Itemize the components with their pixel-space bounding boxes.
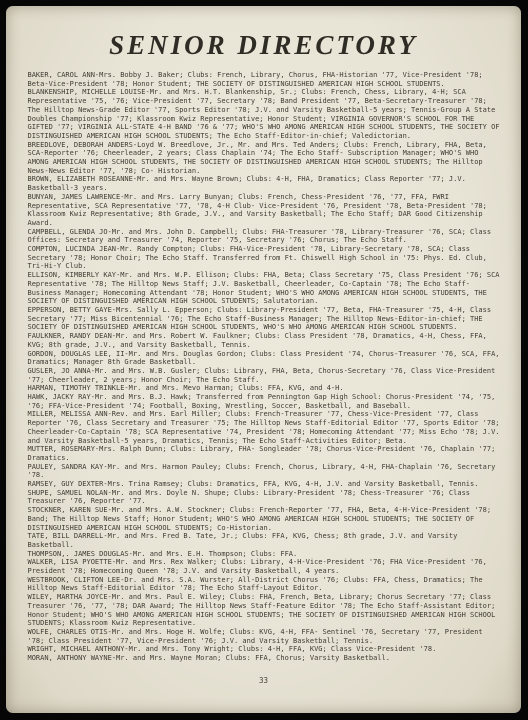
- directory-entry: GORDON, DOUGLAS LEE, II-Mr. and Mrs. Dou…: [28, 350, 500, 367]
- directory-entry: BUNYAN, JAMES LAWRENCE-Mr. and Mrs. Larr…: [28, 193, 500, 228]
- page-number: 33: [6, 676, 521, 685]
- directory-entry: FAULKNER, RANDY DEAN-Mr. and Mrs. Robert…: [28, 332, 500, 349]
- directory-entry: MILLER, MELISSA ANN-Rev. and Mrs. Earl M…: [28, 410, 500, 445]
- directory-entry: WRIGHT, MICHAEL ANTHONY-Mr. and Mrs. Ton…: [28, 645, 500, 654]
- directory-entry: SHUPE, SAMUEL NOLAN-Mr. and Mrs. Doyle N…: [28, 489, 500, 506]
- directory-entry: WALKER, LISA PYOETTE-Mr. and Mrs. Rex Wa…: [28, 558, 500, 575]
- directory-entry: CAMPBELL, GLENDA JO-Mr. and Mrs. John D.…: [28, 228, 500, 245]
- directory-entry: STOCKNER, KAREN SUE-Mr. and Mrs. A.W. St…: [28, 506, 500, 532]
- directory-entry: ELLISON, KIMBERLY KAY-Mr. and Mrs. W.P. …: [28, 271, 500, 306]
- page-title: SENIOR DIRECTORY: [6, 30, 521, 61]
- directory-entry: HARMAN, TIMOTHY TRINKLE-Mr. and Mrs. Mev…: [28, 384, 500, 393]
- directory-entry: HAWK, JACKY RAY-Mr. and Mrs. B.J. Hawk; …: [28, 393, 500, 410]
- directory-entry: BAKER, CAROL ANN-Mrs. Bobby J. Baker; Cl…: [28, 71, 500, 88]
- directory-entry: WESTBROOK, CLIFTON LEE-Dr. and Mrs. S.A.…: [28, 576, 500, 593]
- directory-entry: GUSLER, JO ANNA-Mr. and Mrs. W.B. Gusler…: [28, 367, 500, 384]
- directory-entry: BLANKENSHIP, MICHELLE LOUISE-Mr. and Mrs…: [28, 88, 500, 140]
- directory-entry: COMPTON, LUCINDA JEAN-Mr. Randy Compton;…: [28, 245, 500, 271]
- directory-entry: WILEY, MARTHA JOYCE-Mr. and Mrs. Paul E.…: [28, 593, 500, 628]
- directory-entry: BROWN, ELIZABETH ROSEANNE-Mr. and Mrs. W…: [28, 175, 500, 192]
- directory-entry: WOLFE, CHARLES OTIS-Mr. and Mrs. Hoge H.…: [28, 628, 500, 645]
- directory-list: BAKER, CAROL ANN-Mrs. Bobby J. Baker; Cl…: [28, 71, 500, 663]
- directory-entry: EPPERSON, BETTY GAYE-Mrs. Sally L. Epper…: [28, 306, 500, 332]
- directory-entry: RAMSEY, GUY DEXTER-Mrs. Trina Ramsey; Cl…: [28, 480, 500, 489]
- directory-entry: BREEDLOVE, DEBORAH ANDERS-Loyd W. Breedl…: [28, 141, 500, 176]
- scanned-page-frame: SENIOR DIRECTORY BAKER, CAROL ANN-Mrs. B…: [0, 0, 528, 720]
- directory-entry: MORAN, ANTHONY WAYNE-Mr. and Mrs. Wayne …: [28, 654, 500, 663]
- yearbook-page: SENIOR DIRECTORY BAKER, CAROL ANN-Mrs. B…: [6, 6, 521, 713]
- directory-entry: MUTTER, ROSEMARY-Mrs. Ralph Dunn; Clubs:…: [28, 445, 500, 462]
- directory-entry: THOMPSON,. JAMES DOUGLAS-Mr. and Mrs. E.…: [28, 550, 500, 559]
- directory-entry: PAULEY, SANDRA KAY-Mr. and Mrs. Harmon P…: [28, 463, 500, 480]
- directory-entry: TATE, BILL DARRELL-Mr. and Mrs. Fred B. …: [28, 532, 500, 549]
